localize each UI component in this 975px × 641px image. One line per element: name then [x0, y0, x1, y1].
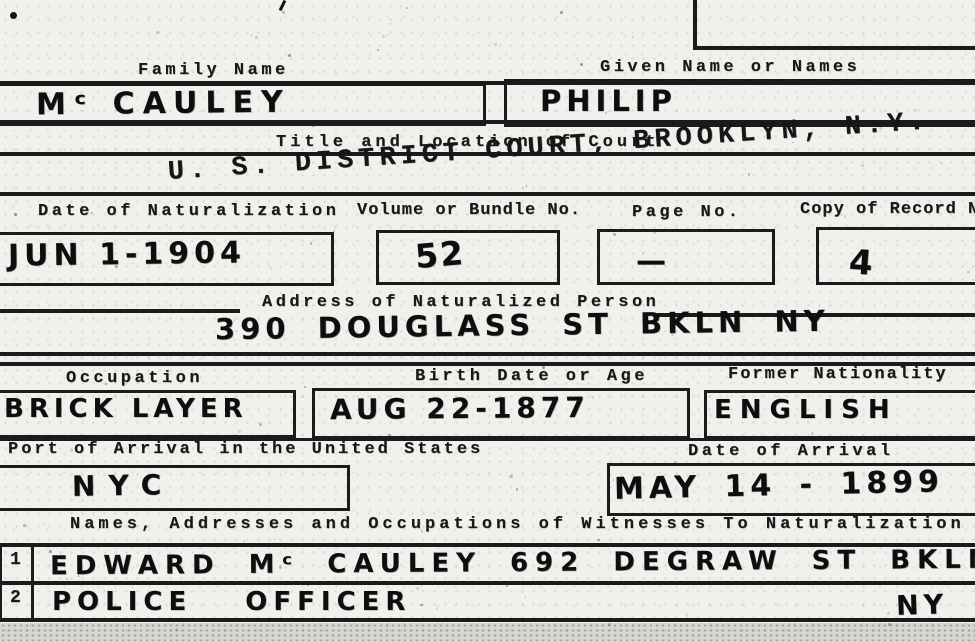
noise-speck [748, 173, 750, 175]
noise-speck [390, 23, 392, 25]
noise-speck [888, 623, 891, 626]
noise-speck [243, 540, 245, 542]
copy-of-record-box [816, 227, 975, 285]
witness-table-left-edge [0, 543, 2, 622]
noise-speck [525, 596, 527, 598]
copy-of-record-label: Copy of Record No [800, 200, 975, 219]
noise-speck [14, 213, 17, 216]
witness-row-number: 2 [10, 588, 24, 608]
rule-under-address-1 [0, 352, 975, 356]
noise-speck [307, 584, 309, 586]
noise-speck [632, 36, 634, 38]
birth-date-value: AUG 22-1877 [330, 391, 590, 426]
noise-speck [255, 36, 258, 39]
occupation-label: Occupation [66, 369, 203, 388]
witness-2-value-right: NY [895, 589, 948, 622]
noise-speck [288, 54, 291, 57]
noise-speck [792, 142, 794, 144]
noise-speck [560, 11, 563, 14]
witness-row-number: 1 [10, 550, 24, 570]
noise-speck [526, 185, 528, 187]
volume-label: Volume or Bundle No. [357, 201, 581, 220]
occupation-value: BRICK LAYER [4, 394, 248, 424]
former-nationality-value: ENGLISH [714, 395, 898, 425]
noise-speck [671, 333, 674, 336]
witnesses-label: Names, Addresses and Occupations of Witn… [70, 515, 965, 534]
noise-speck [238, 430, 241, 433]
noise-speck [49, 550, 52, 553]
noise-speck [967, 271, 969, 273]
scan-bottom-band [0, 623, 975, 641]
noise-speck [150, 599, 151, 600]
noise-speck [861, 164, 864, 167]
noise-speck [569, 396, 572, 399]
date-of-arrival-value: MAY 14 - 1899 [614, 464, 945, 506]
noise-speck [598, 469, 600, 471]
noise-speck [837, 551, 839, 553]
noise-speck [59, 409, 62, 412]
noise-speck [910, 390, 913, 393]
noise-speck [312, 124, 314, 126]
noise-speck [608, 623, 611, 626]
noise-speck [518, 192, 519, 193]
page-no-value: — [636, 244, 666, 279]
noise-speck [579, 80, 581, 82]
pen-mark [279, 0, 287, 11]
noise-speck [421, 530, 424, 533]
noise-speck [156, 31, 159, 34]
port-of-arrival-box [0, 465, 350, 511]
former-nationality-label: Former Nationality [728, 365, 948, 384]
noise-speck [70, 449, 73, 452]
noise-speck [105, 383, 107, 385]
given-name-value: PHILIP [540, 84, 677, 118]
noise-speck [494, 43, 497, 46]
ink-blot [10, 12, 17, 19]
family-name-label: Family Name [138, 61, 289, 80]
witness-table-mid-rule [0, 581, 975, 585]
witness-2-value: POLICE OFFICER [52, 587, 411, 617]
top-right-box [693, 0, 975, 50]
naturalization-index-card: Family Name Given Name or Names Mᶜ CAULE… [0, 0, 975, 641]
rule-under-court [0, 192, 975, 196]
address-value: 390 DOUGLASS ST BKLN NY [215, 304, 830, 347]
noise-speck [420, 604, 423, 607]
noise-speck [597, 539, 600, 542]
port-of-arrival-label: Port of Arrival in the United States [8, 440, 483, 459]
noise-speck [686, 613, 688, 615]
noise-speck [812, 554, 815, 557]
noise-speck [382, 35, 385, 38]
date-of-arrival-label: Date of Arrival [688, 442, 894, 461]
date-of-naturalization-label: Date of Naturalization [38, 202, 339, 221]
rule-address-left [0, 309, 240, 313]
given-name-label: Given Name or Names [600, 58, 860, 77]
noise-speck [941, 163, 943, 165]
noise-speck [398, 166, 399, 167]
birth-date-label: Birth Date or Age [415, 367, 648, 386]
noise-speck [546, 129, 549, 132]
noise-speck [43, 523, 45, 525]
noise-speck [385, 161, 388, 164]
port-of-arrival-value: NYC [72, 468, 175, 503]
noise-speck [274, 538, 276, 540]
noise-speck [516, 488, 519, 491]
noise-speck [653, 231, 656, 234]
witness-number-divider [31, 543, 34, 622]
noise-speck [887, 612, 890, 615]
noise-speck [176, 288, 178, 290]
noise-speck [115, 265, 118, 268]
date-of-naturalization-value: JUN 1-1904 [8, 235, 246, 273]
noise-speck [304, 386, 306, 388]
copy-of-record-value: 4 [848, 242, 874, 284]
noise-speck [66, 578, 68, 580]
noise-speck [436, 607, 438, 609]
noise-speck [674, 461, 676, 463]
noise-speck [509, 475, 512, 478]
noise-speck [279, 566, 282, 569]
witness-1-value: EDWARD Mᶜ CAULEY 692 DEGRAW ST BKLN [50, 545, 975, 582]
volume-value: 52 [413, 233, 466, 276]
noise-speck [377, 49, 379, 51]
noise-speck [562, 355, 563, 356]
noise-speck [506, 585, 508, 587]
noise-speck [605, 112, 607, 114]
noise-speck [687, 49, 688, 50]
page-no-box [597, 229, 775, 285]
family-name-value: Mᶜ CAULEY [36, 85, 291, 123]
noise-speck [282, 11, 285, 14]
noise-speck [811, 432, 814, 435]
noise-speck [333, 230, 335, 232]
page-no-label: Page No. [632, 203, 742, 222]
noise-speck [406, 7, 408, 9]
volume-box [376, 230, 560, 285]
witness-table-bottom-rule [0, 618, 975, 622]
noise-speck [580, 63, 583, 66]
noise-speck [36, 226, 37, 227]
noise-speck [23, 524, 26, 527]
noise-speck [259, 423, 262, 426]
noise-speck [416, 587, 419, 590]
noise-speck [648, 262, 651, 265]
noise-speck [844, 215, 847, 218]
